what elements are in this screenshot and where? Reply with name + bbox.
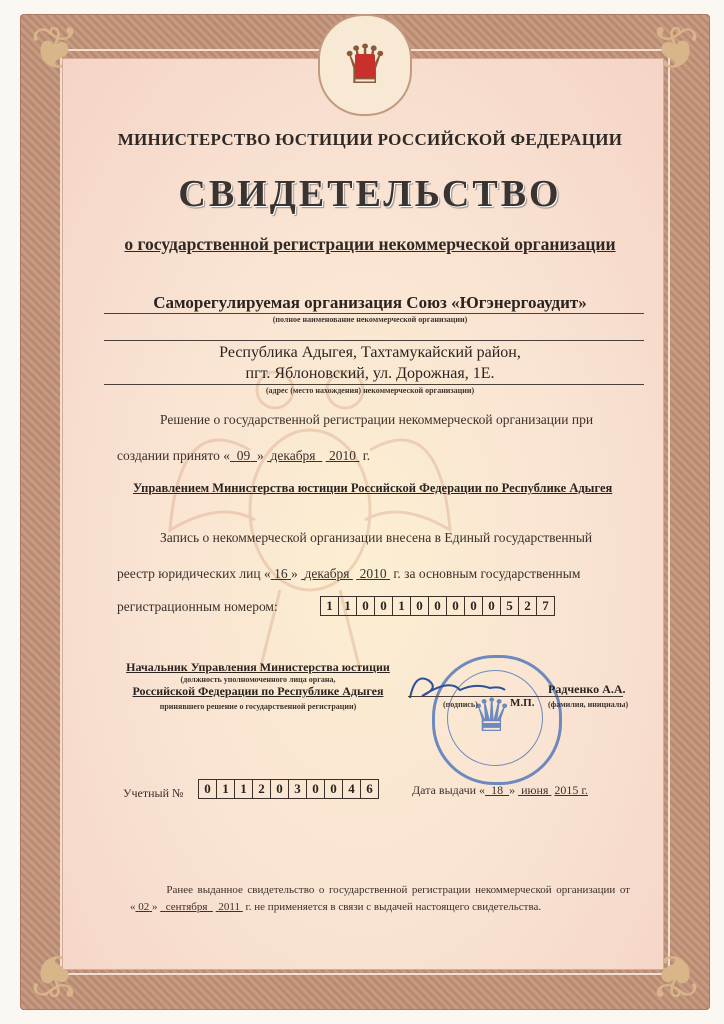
reg-number-digit: 0 bbox=[411, 597, 429, 615]
account-number-digit: 2 bbox=[253, 780, 271, 798]
account-number-digit: 3 bbox=[289, 780, 307, 798]
signer-name: Радченко А.А. bbox=[548, 682, 626, 697]
official-position-caption2: принявшего решение о государственной рег… bbox=[118, 702, 398, 711]
reg-number-digit: 5 bbox=[501, 597, 519, 615]
seal-label: М.П. bbox=[510, 697, 534, 709]
decision-text-line1: Решение о государственной регистрации не… bbox=[160, 412, 593, 428]
emblem-shield-icon bbox=[355, 54, 375, 78]
divider-line bbox=[104, 384, 644, 385]
record-day: 16 bbox=[271, 566, 291, 581]
reg-number-digit: 1 bbox=[339, 597, 357, 615]
record-suffix: г. за основным государственным bbox=[393, 566, 580, 581]
divider-line bbox=[104, 340, 644, 341]
record-text-line1: Запись о некоммерческой организации внес… bbox=[160, 530, 592, 546]
reg-number-digit: 2 bbox=[519, 597, 537, 615]
issue-date-label: Дата выдачи « bbox=[412, 783, 485, 797]
ministry-heading: МИНИСТЕРСТВО ЮСТИЦИИ РОССИЙСКОЙ ФЕДЕРАЦИ… bbox=[100, 130, 640, 150]
prior-text-2: г. не применяется в связи с выдачей наст… bbox=[246, 901, 542, 913]
prior-day: 02 bbox=[136, 901, 153, 913]
reg-number-digit: 1 bbox=[393, 597, 411, 615]
issue-day: 18 bbox=[485, 783, 509, 797]
reg-number-digit: 0 bbox=[483, 597, 501, 615]
account-number-boxes: 0112030046 bbox=[198, 779, 379, 799]
issue-year: 2015 г. bbox=[554, 783, 588, 797]
decision-year: 2010 bbox=[326, 448, 360, 463]
official-position-block: Начальник Управления Министерства юстици… bbox=[118, 660, 398, 711]
reg-number-digit: 0 bbox=[429, 597, 447, 615]
account-number-digit: 6 bbox=[361, 780, 378, 798]
prior-year: 2011 bbox=[216, 901, 243, 913]
official-position-line2: Российской Федерации по Республике Адыге… bbox=[118, 684, 398, 699]
record-date: реестр юридических лиц « 16 » декабря 20… bbox=[117, 566, 580, 582]
record-year: 2010 bbox=[356, 566, 390, 581]
registration-number-boxes: 1100100000527 bbox=[320, 596, 555, 616]
account-number-digit: 0 bbox=[199, 780, 217, 798]
record-prefix: реестр юридических лиц « bbox=[117, 566, 271, 581]
registering-authority: Управлением Министерства юстиции Российс… bbox=[133, 481, 612, 496]
prior-certificate-note: Ранее выданное свидетельство о государст… bbox=[130, 882, 630, 916]
signer-caption: (фамилия, инициалы) bbox=[548, 700, 628, 709]
prior-month: сентября bbox=[160, 901, 213, 913]
official-position-line1: Начальник Управления Министерства юстици… bbox=[118, 660, 398, 675]
account-number-digit: 0 bbox=[271, 780, 289, 798]
reg-number-digit: 0 bbox=[375, 597, 393, 615]
decision-month: декабря bbox=[267, 448, 322, 463]
account-number-digit: 1 bbox=[235, 780, 253, 798]
reg-number-digit: 7 bbox=[537, 597, 554, 615]
divider-line bbox=[104, 313, 644, 314]
decision-prefix: создании принято « bbox=[117, 448, 230, 463]
reg-number-digit: 0 bbox=[465, 597, 483, 615]
coat-of-arms-emblem: ♛ bbox=[318, 14, 412, 116]
issue-month: июня bbox=[518, 783, 551, 797]
address-line-2: пгт. Яблоновский, ул. Дорожная, 1Е. bbox=[100, 363, 640, 384]
account-number-digit: 4 bbox=[343, 780, 361, 798]
signature-caption: (подпись) bbox=[443, 700, 478, 709]
account-number-digit: 1 bbox=[217, 780, 235, 798]
account-number-digit: 0 bbox=[307, 780, 325, 798]
official-position-caption1: (должность уполномоченного лица органа, bbox=[118, 675, 398, 684]
decision-date: создании принято « 09 » декабря 2010 г. bbox=[117, 448, 370, 464]
reg-number-digit: 1 bbox=[321, 597, 339, 615]
certificate-title: СВИДЕТЕЛЬСТВО bbox=[100, 172, 640, 216]
address-caption: (адрес (место нахождения) некоммерческой… bbox=[100, 386, 640, 395]
organization-address: Республика Адыгея, Тахтамукайский район,… bbox=[100, 342, 640, 384]
reg-number-digit: 0 bbox=[357, 597, 375, 615]
year-suffix: г. bbox=[363, 448, 370, 463]
certificate-subtitle: о государственной регистрации некоммерче… bbox=[100, 234, 640, 255]
organization-name: Саморегулируемая организация Союз «Югэне… bbox=[100, 293, 640, 313]
issue-date: Дата выдачи « 18 » июня 2015 г. bbox=[412, 783, 588, 798]
account-number-digit: 0 bbox=[325, 780, 343, 798]
org-name-caption: (полное наименование некоммерческой орга… bbox=[100, 315, 640, 324]
decision-day: 09 bbox=[230, 448, 257, 463]
reg-number-label: регистрационным номером: bbox=[117, 599, 278, 615]
reg-number-digit: 0 bbox=[447, 597, 465, 615]
address-line-1: Республика Адыгея, Тахтамукайский район, bbox=[100, 342, 640, 363]
account-number-label: Учетный № bbox=[123, 786, 183, 801]
record-month: декабря bbox=[301, 566, 353, 581]
